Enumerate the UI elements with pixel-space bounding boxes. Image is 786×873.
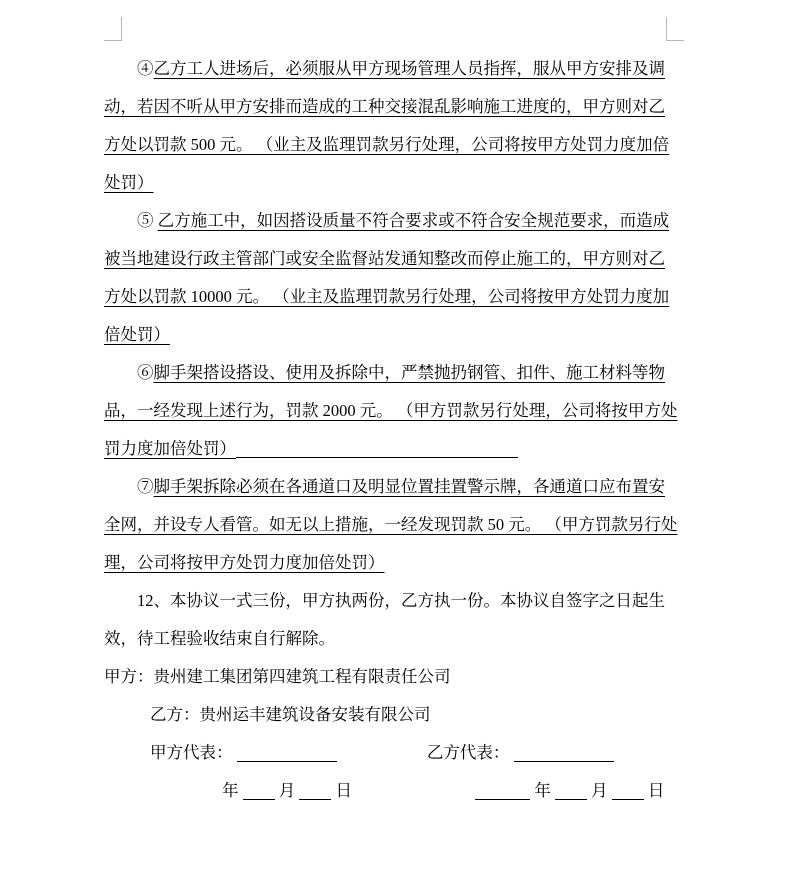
trailing-underline-blank — [236, 443, 518, 458]
clause-number-marker: ⑥ — [137, 363, 154, 382]
year-blank-left — [243, 785, 275, 800]
year-blank-right — [555, 785, 587, 800]
party-b-line: 乙方：贵州运丰建筑设备安装有限公司 — [104, 696, 704, 734]
day-label-right: 日 — [648, 781, 665, 800]
party-b-rep-label: 乙方代表： — [427, 743, 510, 762]
year-label-right: 年 — [534, 781, 551, 800]
clause-paragraph: ④乙方工人进场后，必须服从甲方现场管理人员指挥，服从甲方安排及调 动，若因不听从… — [104, 50, 704, 202]
clause-number-marker: ⑤ — [137, 211, 158, 230]
clause-paragraph: ⑦脚手架拆除必须在各通道口及明显位置挂置警示牌，各通道口应布置安 全网，并设专人… — [104, 468, 704, 582]
party-b-rep-signature-blank — [514, 747, 614, 762]
month-blank-right — [612, 785, 644, 800]
document-body: ④乙方工人进场后，必须服从甲方现场管理人员指挥，服从甲方安排及调 动，若因不听从… — [104, 50, 704, 810]
clause-text: 乙方工人进场后，必须服从甲方现场管理人员指挥，服从甲方安排及调 动，若因不听从甲… — [104, 59, 669, 192]
clause-paragraph: ⑥脚手架搭设搭设、使用及拆除中，严禁抛扔钢管、扣件、施工材料等物 品，一经发现上… — [104, 354, 704, 468]
month-label-right: 月 — [591, 781, 608, 800]
margin-crop-mark-right — [666, 17, 684, 41]
clause-text: 脚手架拆除必须在各通道口及明显位置挂置警示牌，各通道口应布置安 全网，并设专人看… — [104, 477, 677, 572]
date-line: 年 月 日 年 月 日 — [104, 772, 704, 810]
spacer — [356, 795, 471, 796]
clause-number-marker: ④ — [137, 59, 154, 78]
spacer — [341, 757, 423, 758]
party-a-rep-label: 甲方代表： — [150, 743, 233, 762]
party-a-line: 甲方：贵州建工集团第四建筑工程有限责任公司 — [104, 658, 704, 696]
day-label-left: 日 — [336, 781, 353, 800]
clauses-section: ④乙方工人进场后，必须服从甲方现场管理人员指挥，服从甲方安排及调 动，若因不听从… — [104, 50, 704, 582]
year-label-left: 年 — [222, 781, 239, 800]
year-prefix-blank-right — [475, 785, 530, 800]
party-a-rep-signature-blank — [237, 747, 337, 762]
month-blank-left — [299, 785, 331, 800]
clause-text: 乙方施工中，如因搭设质量不符合要求或不符合安全规范要求，而造成 被当地建设行政主… — [104, 211, 669, 344]
representatives-line: 甲方代表： 乙方代表： — [104, 734, 704, 772]
closing-clause: 12、本协议一式三份，甲方执两份，乙方执一份。本协议自签字之日起生 效，待工程验… — [104, 582, 704, 658]
margin-crop-mark-left — [104, 17, 122, 41]
clause-number-marker: ⑦ — [137, 477, 154, 496]
document-page: ④乙方工人进场后，必须服从甲方现场管理人员指挥，服从甲方安排及调 动，若因不听从… — [0, 0, 786, 873]
month-label-left: 月 — [279, 781, 296, 800]
clause-paragraph: ⑤ 乙方施工中，如因搭设质量不符合要求或不符合安全规范要求，而造成 被当地建设行… — [104, 202, 704, 354]
